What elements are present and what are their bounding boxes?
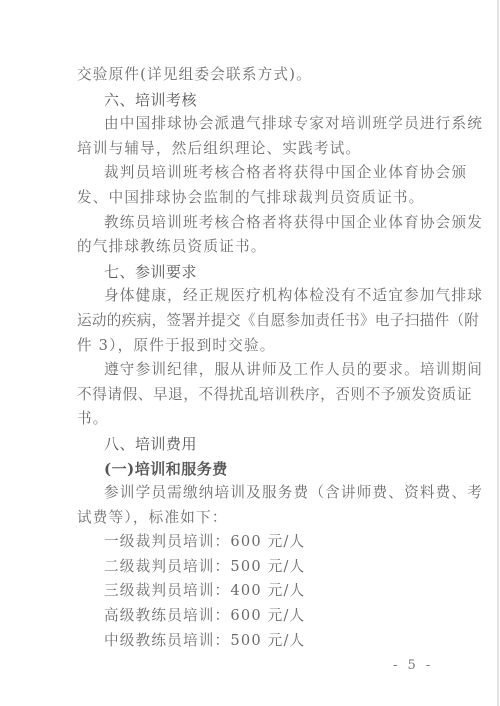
text-line: 的气排球教练员资质证书。 [77, 235, 421, 260]
text-line: 遵守参训纪律，服从讲师及工作人员的要求。培训期间 [77, 358, 421, 383]
text-line: 教练员培训班考核合格者将获得中国企业体育协会颁发 [77, 211, 421, 236]
text-line: 发、中国排球协会监制的气排球裁判员资质证书。 [77, 186, 421, 211]
text-line: 参训学员需缴纳培训及服务费（含讲师费、资料费、考 [77, 481, 421, 506]
text-line: 交验原件(详见组委会联系方式)。 [77, 63, 421, 88]
text-line: 运动的疾病，签署并提交《自愿参加责任书》电子扫描件（附 [77, 309, 421, 334]
section-heading-fees: 八、培训费用 [77, 432, 421, 457]
text-line: 裁判员培训班考核合格者将获得中国企业体育协会颁 [77, 161, 421, 186]
text-line: 培训与辅导，然后组织理论、实践考试。 [77, 137, 421, 162]
section-heading-requirements: 七、参训要求 [77, 260, 421, 285]
fee-item: 高级教练员培训：600 元/人 [77, 604, 421, 629]
text-line: 试费等），标准如下： [77, 506, 421, 531]
fee-item: 三级裁判员培训：400 元/人 [77, 579, 421, 604]
fee-item: 中级教练员培训：500 元/人 [77, 629, 421, 654]
document-page: 交验原件(详见组委会联系方式)。 六、培训考核 由中国排球协会派遣气排球专家对培… [77, 63, 421, 653]
section-heading-assessment: 六、培训考核 [77, 88, 421, 113]
page-edge [497, 0, 499, 706]
text-line: 书。 [77, 407, 421, 432]
text-line: 身体健康，经正规医疗机构体检没有不适宜参加气排球 [77, 284, 421, 309]
page-number: - 5 - [393, 658, 433, 673]
subsection-heading-training-service-fee: (一)培训和服务费 [77, 457, 421, 482]
text-line: 不得请假、早退，不得扰乱培训秩序，否则不予颁发资质证 [77, 383, 421, 408]
fee-item: 一级裁判员培训：600 元/人 [77, 530, 421, 555]
text-line: 由中国排球协会派遣气排球专家对培训班学员进行系统 [77, 112, 421, 137]
fee-item: 二级裁判员培训：500 元/人 [77, 555, 421, 580]
text-line: 件 3），原件于报到时交验。 [77, 334, 421, 359]
